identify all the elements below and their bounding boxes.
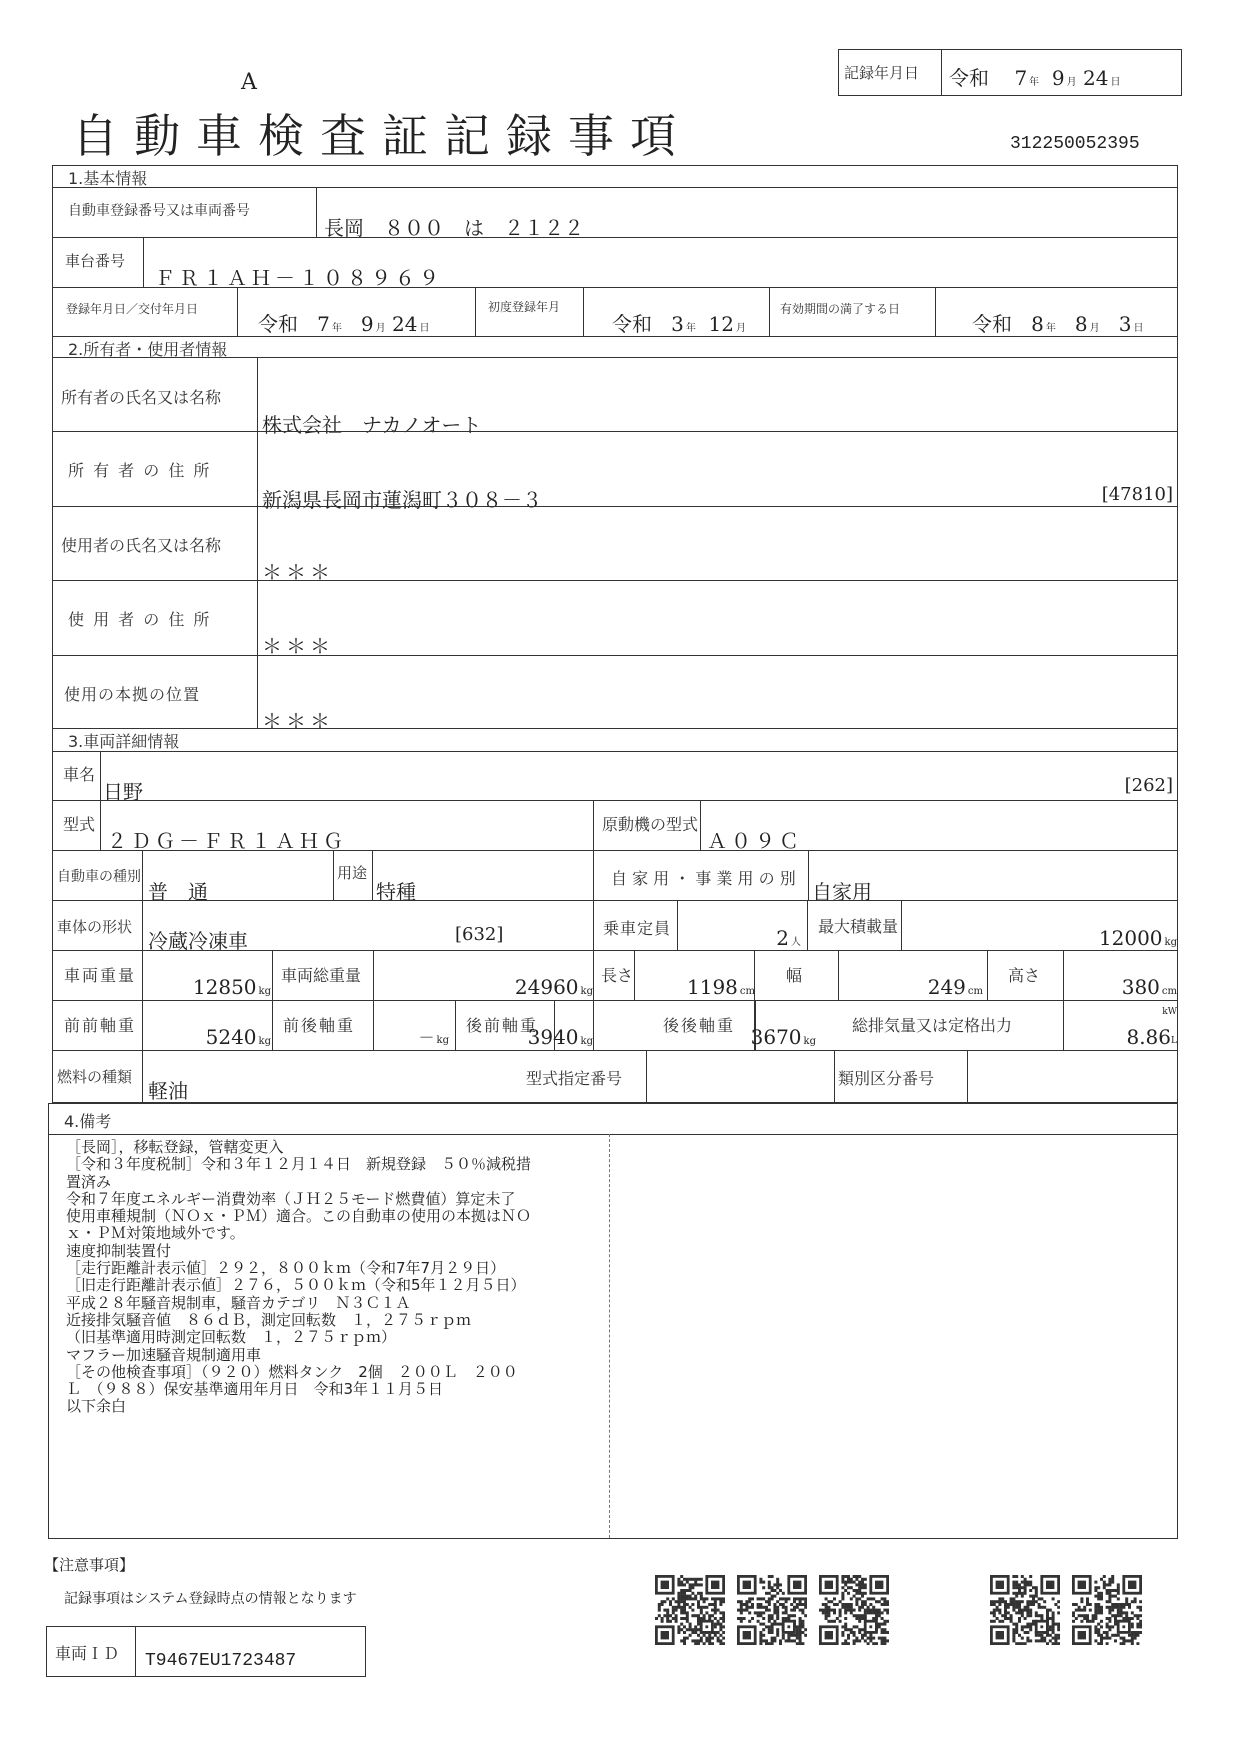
gross-weight-label: 車両総重量 [281, 963, 361, 986]
gross-weight: 24960kg [515, 975, 593, 999]
expiry-date: 令和 8年 8月 3日 [972, 308, 1143, 337]
displacement-unit-l: L [1171, 1036, 1177, 1046]
max-load: 12000kg [1099, 926, 1177, 950]
fr-axle: －kg [419, 1025, 449, 1048]
rr-axle-label: 後後軸重 [663, 1013, 735, 1036]
record-date-label: 記録年月日 [844, 62, 919, 83]
make-code: [262] [1125, 775, 1173, 796]
record-date-box: 記録年月日 令和 7年 9月 24日 [838, 49, 1182, 96]
rr-axle: 3670kg [751, 1025, 816, 1049]
capacity: 2人 [776, 926, 801, 950]
notes-text: 記録事項はシステム登録時点の情報となります [64, 1588, 357, 1608]
qr-code-1 [655, 1575, 725, 1645]
body-shape-code: [632] [455, 924, 503, 945]
first-registration-label: 初度登録年月 [488, 298, 560, 315]
make-label: 車名 [63, 762, 95, 785]
length: 1198cm [687, 975, 755, 999]
type-designation-label: 型式指定番号 [526, 1066, 622, 1089]
first-registration: 令和 3年 12月 [612, 308, 746, 337]
height-label: 高さ [1008, 963, 1040, 986]
height: 380cm [1122, 975, 1177, 999]
engine-model-label: 原動機の型式 [602, 812, 698, 835]
remarks-text: ［長岡］，移転登録，管轄変更入 ［令和３年度税制］令和３年１２月１４日 新規登録… [66, 1139, 531, 1416]
displacement: 8.86 [1126, 1025, 1171, 1049]
record-date-value: 令和 7年 9月 24日 [949, 62, 1120, 91]
owner-name-label: 所有者の氏名又は名称 [61, 385, 221, 408]
owner-address-label: 所 有 者 の 住 所 [68, 458, 211, 481]
section-remarks-title: 4.備考 [64, 1109, 111, 1132]
vehicle-id-box: 車両ＩＤ T9467EU1723487 [46, 1626, 366, 1677]
private-commercial-label: 自 家 用 ・ 事 業 用 の 別 [611, 866, 796, 889]
max-load-label: 最大積載量 [818, 914, 898, 937]
capacity-label: 乗車定員 [603, 916, 671, 939]
model-label: 型式 [63, 812, 95, 835]
document-number: 312250052395 [1010, 134, 1140, 154]
displacement-label: 総排気量又は定格出力 [852, 1013, 1012, 1036]
vehicle-weight: 12850kg [193, 975, 271, 999]
ff-axle-label: 前前軸重 [64, 1013, 136, 1036]
registration-date: 令和 7年 9月 24日 [258, 308, 429, 337]
notes-title: 【注意事項】 [44, 1554, 134, 1575]
user-name-label: 使用者の氏名又は名称 [61, 533, 221, 556]
qr-code-2 [737, 1575, 807, 1645]
length-label: 長さ [601, 963, 633, 986]
body-shape-label: 車体の形状 [57, 916, 132, 937]
ff-axle: 5240kg [206, 1025, 271, 1049]
vehicle-type-label: 自動車の種別 [57, 866, 141, 886]
width: 249cm [928, 975, 983, 999]
registration-date-label: 登録年月日／交付年月日 [66, 300, 198, 317]
chassis-number-label: 車台番号 [65, 250, 125, 271]
qr-code-3 [819, 1575, 889, 1645]
registration-number-label: 自動車登録番号又は車両番号 [68, 200, 250, 220]
section-vehicle-details-title: 3.車両詳細情報 [68, 729, 179, 752]
base-location: ＊＊＊ [262, 705, 334, 734]
qr-code-5 [1072, 1575, 1142, 1645]
owner-name: 株式会社 ナカノオート [262, 409, 481, 438]
fuel: 軽油 [148, 1075, 188, 1104]
form-type: A [241, 70, 257, 95]
fuel-label: 燃料の種類 [57, 1066, 132, 1087]
page-title: 自動車検査証記録事項 [72, 100, 692, 166]
user-address-label: 使 用 者 の 住 所 [68, 607, 211, 630]
vehicle-id-value: T9467EU1723487 [145, 1651, 296, 1671]
vehicle-id-label: 車両ＩＤ [55, 1641, 119, 1664]
owner-address: 新潟県長岡市蓮潟町３０８－３ [262, 484, 542, 513]
fr-axle-label: 前後軸重 [283, 1013, 355, 1036]
displacement-unit-kw: kW [1162, 1007, 1177, 1017]
usage-label: 用途 [337, 862, 367, 883]
category-number-label: 類別区分番号 [838, 1066, 934, 1089]
section-basic-info-title: 1.基本情報 [68, 166, 147, 189]
width-label: 幅 [786, 963, 802, 986]
base-location-label: 使用の本拠の位置 [64, 682, 200, 705]
rf-axle: 3940kg [528, 1025, 593, 1049]
expiry-label: 有効期間の満了する日 [780, 300, 900, 317]
qr-code-4 [990, 1575, 1060, 1645]
owner-address-code: [47810] [1102, 484, 1173, 505]
vehicle-weight-label: 車両重量 [64, 963, 136, 986]
